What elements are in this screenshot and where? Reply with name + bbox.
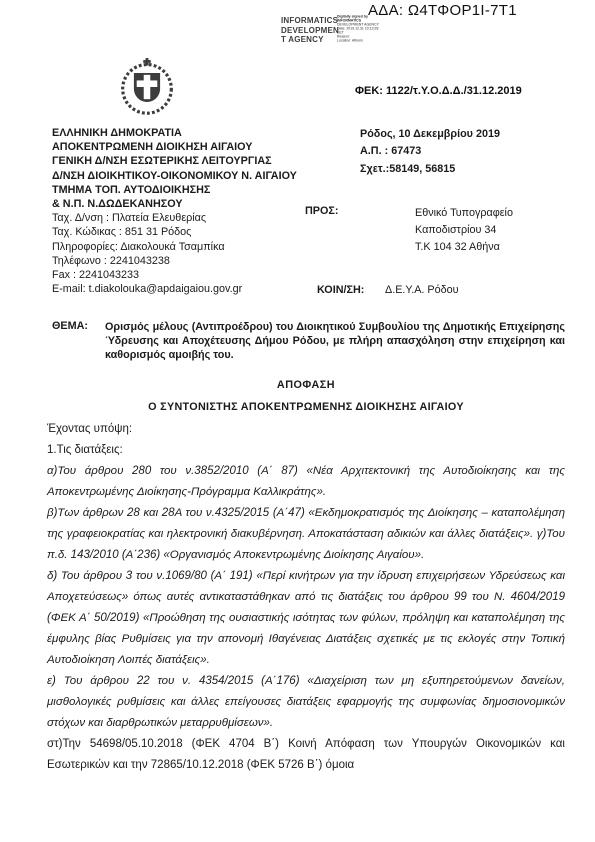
sender-email-line: E-mail: t.diakolouka@apdaigaiou.gov.gr [52,282,297,296]
recipient-line: Καποδιστρίου 34 [415,222,513,239]
recipient-line: Εθνικό Τυπογραφείο [415,205,513,222]
signature-stamp-details: Digitally signed by INFORMATICS DEVELOPM… [337,15,487,43]
sender-org-line: & Ν.Π. Ν.ΔΩΔΕΚΑΝΗΣΟΥ [52,197,297,211]
protocol-number: Α.Π. : 67473 [360,143,500,160]
reference-block: Ρόδος, 10 Δεκεμβρίου 2019 Α.Π. : 67473 Σ… [360,126,500,178]
sender-org-line: ΑΠΟΚΕΝΤΡΩΜΕΝΗ ΔΙΟΙΚΗΣΗ ΑΙΓΑΙΟΥ [52,140,297,154]
signature-stamp-agency: INFORMATICS DEVELOPMEN T AGENCY [281,16,339,45]
provision-paragraph-a: α)Του άρθρου 280 του ν.3852/2010 (Α΄ 87)… [47,461,565,503]
sender-phone-line: Τηλέφωνο : 2241043238 [52,254,297,268]
subject-text: Ορισμός μέλους (Αντιπροέδρου) του Διοικη… [105,320,565,363]
having-regard-line: Έχοντας υπόψη: [47,419,565,440]
sender-org-line: ΤΜΗΜΑ ΤΟΠ. ΑΥΤΟΔΙΟΙΚΗΣΗΣ [52,183,297,197]
decision-subtitle: Ο ΣΥΝΤΟΝΙΣΤΗΣ ΑΠΟΚΕΝΤΡΩΜΕΝΗΣ ΔΙΟΙΚΗΣΗΣ Α… [47,401,565,413]
provisions-intro-line: 1.Τις διατάξεις: [47,440,565,461]
sender-postcode-line: Ταχ. Κώδικας : 851 31 Ρόδος [52,225,297,239]
stamp-agency-line: INFORMATICS [281,16,339,26]
sender-fax-line: Fax : 2241043233 [52,268,297,282]
stamp-agency-line: T AGENCY [281,35,339,45]
sender-block: ΕΛΛΗΝΙΚΗ ΔΗΜΟΚΡΑΤΙΑ ΑΠΟΚΕΝΤΡΩΜΕΝΗ ΔΙΟΙΚΗ… [52,126,297,296]
subject-label: ΘΕΜΑ: [52,320,88,332]
document-page: ΑΔΑ: Ω4ΤΦΟΡ1Ι-7Τ1 INFORMATICS DEVELOPMEN… [0,0,595,842]
provision-paragraph-b-c: β)Των άρθρων 28 και 28Α του ν.4325/2015 … [47,503,565,566]
stamp-agency-line: DEVELOPMEN [281,26,339,36]
place-date: Ρόδος, 10 Δεκεμβρίου 2019 [360,126,500,143]
provision-paragraph-d: δ) Του άρθρου 3 του ν.1069/80 (Α΄ 191) «… [47,566,565,671]
related-numbers: Σχετ.:58149, 56815 [360,161,500,178]
recipient-block: Εθνικό Τυπογραφείο Καποδιστρίου 34 Τ.Κ 1… [415,205,513,256]
decision-title: ΑΠΟΦΑΣΗ [47,379,565,391]
provision-paragraph-e: ε) Του άρθρου 22 του ν. 4354/2015 (Α΄176… [47,671,565,734]
sender-contact-person-line: Πληροφορίες: Διακολουκά Τσαμπίκα [52,240,297,254]
sender-org-line: ΓΕΝΙΚΗ Δ/ΝΣΗ ΕΣΩΤΕΡΙΚΗΣ ΛΕΙΤΟΥΡΓΙΑΣ [52,154,297,168]
cc-label: ΚΟΙΝ/ΣΗ: [317,284,364,296]
greek-coat-of-arms-icon [118,57,176,117]
sender-org-line: Δ/ΝΣΗ ΔΙΟΙΚΗΤΙΚΟΥ-ΟΙΚΟΝΟΜΙΚΟΥ Ν. ΑΙΓΑΙΟΥ [52,169,297,183]
sender-address-line: Ταχ. Δ/νση : Πλατεία Ελευθερίας [52,211,297,225]
recipient-label: ΠΡΟΣ: [305,205,338,217]
recipient-line: Τ.Κ 104 32 Αθήνα [415,239,513,256]
fek-reference: ΦΕΚ: 1122/τ.Υ.Ο.Δ.Δ./31.12.2019 [355,85,522,97]
cc-value: Δ.Ε.Υ.Α. Ρόδου [385,284,459,296]
sender-org-line: ΕΛΛΗΝΙΚΗ ΔΗΜΟΚΡΑΤΙΑ [52,126,297,140]
stamp-detail-line: Location: Athens [337,39,487,43]
decision-body: Έχοντας υπόψη: 1.Τις διατάξεις: α)Του άρ… [47,419,565,776]
provision-paragraph-st: στ)Την 54698/05.10.2018 (ΦΕΚ 4704 Β΄) Κο… [47,734,565,776]
